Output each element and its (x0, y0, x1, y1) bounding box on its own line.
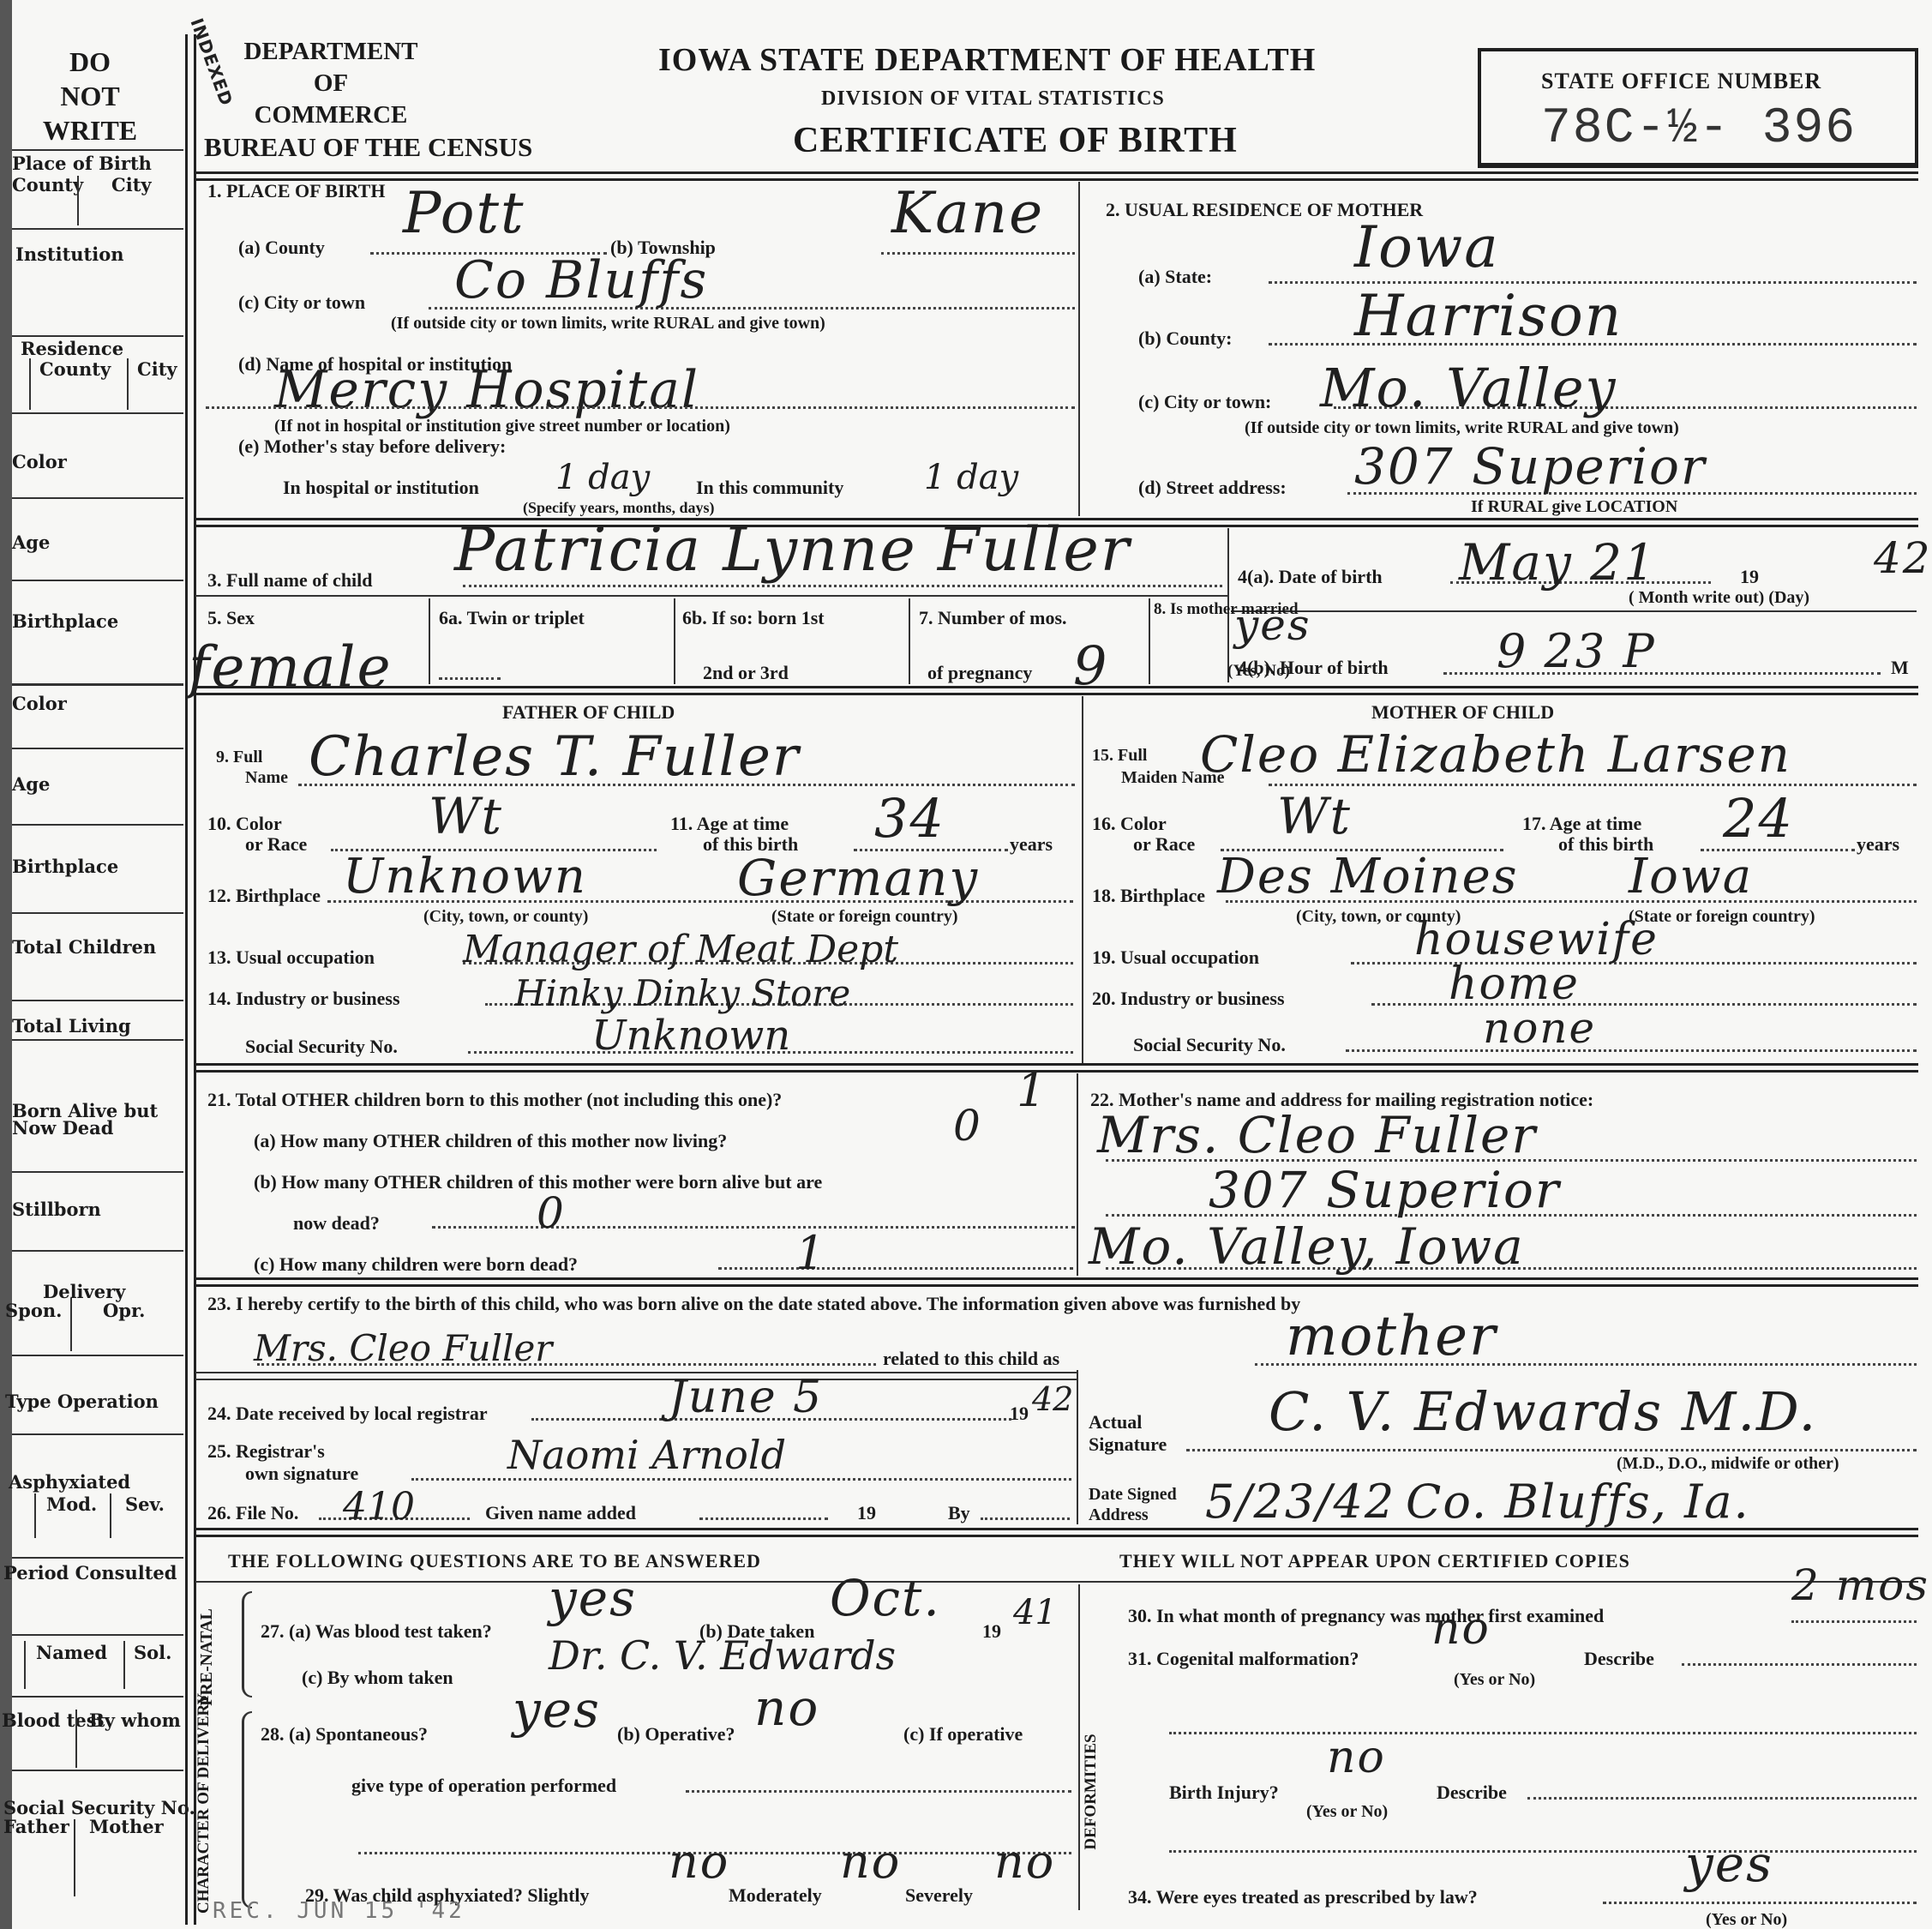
stillborn-label: (c) How many children were born dead? (254, 1253, 578, 1276)
county-label: (a) County (238, 237, 325, 259)
sidebar-total-children: Total Children (12, 936, 156, 958)
date-taken-year-prefix: 19 (982, 1620, 1001, 1643)
sidebar-period-consulted: Period Consulted (3, 1562, 177, 1583)
spontaneous-label: 28. (a) Spontaneous? (261, 1723, 428, 1746)
sidebar-type-operation: Type Operation (5, 1391, 159, 1412)
dob-field[interactable]: May 21 (1459, 533, 1657, 592)
children-living-label: (a) How many OTHER children of this moth… (254, 1130, 727, 1152)
months-label: 7. Number of mos. (919, 607, 1067, 629)
father-race-label-2: or Race (245, 833, 307, 856)
sex-label: 5. Sex (207, 607, 255, 629)
sidebar-birthplace-1: Birthplace (12, 610, 118, 632)
sidebar-sev: Sev. (125, 1493, 165, 1515)
date-taken-field[interactable]: Oct. (830, 1569, 941, 1627)
delivery-side-label: CHARACTER OF DELIVERY (195, 1699, 213, 1914)
hour-suffix: M (1891, 657, 1909, 679)
hour-field[interactable]: 9 23 P (1497, 624, 1656, 678)
father-birthplace-city[interactable]: Unknown (343, 849, 587, 904)
malformation-yes-no: (Yes or No) (1454, 1670, 1535, 1690)
by-whom-field[interactable]: Dr. C. V. Edwards (549, 1632, 896, 1679)
do-not-write-sidebar: DO NOT WRITE (0, 0, 190, 1929)
married-note: (Yes, No) (1227, 662, 1290, 681)
if-operative-label: (c) If operative (903, 1723, 1023, 1746)
sidebar-asphyxiated: Asphyxiated (9, 1471, 130, 1493)
date-taken-year-field[interactable]: 41 (1013, 1593, 1057, 1632)
mother-age-label-1: 17. Age at time (1522, 813, 1641, 835)
stillborn-field[interactable]: 1 (795, 1226, 826, 1280)
county-field[interactable]: Pott (403, 180, 525, 246)
mother-name-label-1: 15. Full (1092, 746, 1147, 766)
date-signed-label: Date Signed (1089, 1485, 1177, 1505)
sidebar-residence: Residence (21, 338, 123, 359)
hospital-field[interactable]: Mercy Hospital (274, 360, 699, 420)
mother-birthplace-state[interactable]: Iowa (1629, 849, 1753, 904)
mothers-stay-label: (e) Mother's stay before delivery: (238, 436, 506, 458)
malformation-field[interactable]: no (1431, 1603, 1491, 1655)
eyes-treated-label: 34. Were eyes treated as prescribed by l… (1128, 1886, 1478, 1908)
father-ssn-label: Social Security No. (245, 1036, 398, 1058)
received-date-label: 24. Date received by local registrar (207, 1403, 488, 1425)
given-name-label: Given name added (485, 1502, 636, 1524)
sidebar-res-county: County (39, 358, 111, 380)
father-occupation-label: 13. Usual occupation (207, 946, 375, 969)
mother-occupation-field[interactable]: housewife (1414, 914, 1659, 965)
sidebar-age-2: Age (12, 773, 50, 795)
sidebar-stillborn: Stillborn (12, 1199, 101, 1220)
received-year-field[interactable]: 42 (1032, 1380, 1073, 1418)
spontaneous-field[interactable]: yes (513, 1680, 601, 1739)
city-field[interactable]: Co Bluffs (454, 250, 708, 310)
sidebar-county: County (12, 174, 83, 195)
sidebar-born-alive-now-dead: Born Alive but Now Dead (12, 1103, 183, 1137)
first-exam-label: 30. In what month of pregnancy was mothe… (1128, 1605, 1604, 1627)
do-not-write-title: DO NOT WRITE (17, 45, 163, 147)
signature-label-2: Signature (1089, 1433, 1167, 1456)
father-name-label-2: Name (245, 768, 288, 788)
sidebar-by-whom: By whom (89, 1710, 181, 1731)
sidebar-color-2: Color (12, 693, 67, 714)
father-age-label-1: 11. Age at time (670, 813, 789, 835)
res-county-field[interactable]: Harrison (1354, 283, 1623, 349)
res-county-label: (b) County: (1138, 328, 1232, 350)
dob-year-field[interactable]: 42 (1874, 533, 1932, 583)
received-year-prefix: 19 (1010, 1403, 1029, 1425)
stay-hospital-label: In hospital or institution (283, 477, 479, 499)
address-label: Address (1089, 1505, 1149, 1525)
given-name-year: 19 (857, 1502, 876, 1524)
father-name-label-1: 9. Full (216, 748, 262, 767)
sidebar-age-1: Age (12, 532, 50, 553)
sidebar-spon: Spon. (5, 1300, 62, 1321)
dob-label: 4(a). Date of birth (1238, 566, 1383, 588)
by-whom-label: (c) By whom taken (302, 1667, 453, 1689)
sidebar-color-1: Color (12, 451, 67, 472)
birth-injury-describe-label: Describe (1437, 1782, 1507, 1804)
blood-test-field[interactable]: yes (549, 1569, 637, 1627)
date-signed-field[interactable]: 5/23/42 (1205, 1475, 1395, 1529)
mother-industry-field[interactable]: home (1449, 958, 1580, 1010)
mailing-line-2[interactable]: 307 Superior (1209, 1161, 1561, 1219)
res-city-note: (If outside city or town limits, write R… (1245, 418, 1679, 438)
informant-field[interactable]: Mrs. Cleo Fuller (254, 1327, 552, 1369)
father-age-field[interactable]: 34 (874, 787, 945, 850)
signature-note: (M.D., D.O., midwife or other) (1617, 1454, 1839, 1474)
father-age-suffix: years (1010, 833, 1053, 856)
birth-injury-field[interactable]: no (1327, 1732, 1386, 1783)
father-heading: FATHER OF CHILD (502, 701, 675, 724)
deformities-side-label: DEFORMITIES (1082, 1715, 1101, 1869)
father-occupation-field[interactable]: Manager of Meat Dept (463, 928, 898, 971)
sidebar-institution: Institution (15, 243, 124, 265)
birth-injury-yes-no: (Yes or No) (1306, 1802, 1388, 1822)
city-note: (If outside city or town limits, write R… (391, 314, 825, 334)
mother-race-label-2: or Race (1133, 833, 1195, 856)
mother-age-suffix: years (1857, 833, 1899, 856)
dob-year-prefix: 19 (1740, 566, 1759, 588)
received-stamp: REC. JUN 15 '42 (213, 1898, 465, 1924)
child-name-label: 3. Full name of child (207, 569, 373, 592)
children-dead-label-2: now dead? (293, 1212, 380, 1235)
blood-test-label: 27. (a) Was blood test taken? (261, 1620, 492, 1643)
birth-order-label: 6b. If so: born 1st (682, 607, 825, 629)
malformation-label: 31. Cogenital malformation? (1128, 1648, 1359, 1670)
registrar-label-2: own signature (245, 1463, 358, 1485)
state-office-number-box: STATE OFFICE NUMBER 78C-½- 396 (1478, 48, 1918, 168)
sidebar-mother: Mother (89, 1816, 164, 1837)
twin-label: 6a. Twin or triplet (439, 607, 585, 629)
dept-of-commerce: DEPARTMENT OF COMMERCE (202, 36, 459, 131)
address-field[interactable]: Co. Bluffs, Ia. (1406, 1475, 1750, 1529)
asphyxiated-moderately-field[interactable]: no (840, 1835, 901, 1889)
father-ssn-field[interactable]: Unknown (591, 1012, 790, 1060)
asphyxiated-slightly-field[interactable]: no (669, 1835, 729, 1889)
file-number-label: 26. File No. (207, 1502, 298, 1524)
sidebar-opr: Opr. (103, 1300, 145, 1321)
bureau-of-census: BUREAU OF THE CENSUS (204, 132, 532, 163)
mother-name-field[interactable]: Cleo Elizabeth Larsen (1200, 725, 1791, 784)
sidebar-total-living: Total Living (12, 1015, 131, 1037)
father-race-field[interactable]: Wt (429, 787, 503, 845)
state-office-number-label: STATE OFFICE NUMBER (1541, 69, 1821, 94)
mother-heading: MOTHER OF CHILD (1371, 701, 1554, 724)
confidential-banner-right: THEY WILL NOT APPEAR UPON CERTIFIED COPI… (1119, 1550, 1630, 1572)
res-city-label: (c) City or town: (1138, 391, 1271, 413)
child-name-field[interactable]: Patricia Lynne Fuller (454, 514, 1131, 585)
mother-race-field[interactable]: Wt (1277, 787, 1352, 845)
mother-race-label-1: 16. Color (1092, 813, 1167, 835)
res-state-label: (a) State: (1138, 266, 1212, 288)
birth-order-label-2: 2nd or 3rd (703, 662, 789, 684)
mother-ssn-label: Social Security No. (1133, 1034, 1286, 1056)
father-industry-label: 14. Industry or business (207, 988, 400, 1010)
moderately-label: Moderately (729, 1884, 822, 1907)
agency-title: IOWA STATE DEPARTMENT OF HEALTH (658, 41, 1316, 79)
mother-age-field[interactable]: 24 (1723, 787, 1794, 850)
hospital-note: (If not in hospital or institution give … (274, 417, 730, 436)
father-birthplace-note-city: (City, town, or county) (423, 907, 588, 927)
received-date-field[interactable]: June 5 (669, 1372, 823, 1423)
eyes-treated-field[interactable]: yes (1685, 1835, 1773, 1893)
signature-label-1: Actual (1089, 1411, 1142, 1433)
confidential-banner-left: THE FOLLOWING QUESTIONS ARE TO BE ANSWER… (228, 1550, 761, 1572)
sidebar-city: City (111, 174, 152, 195)
operative-field[interactable]: no (754, 1679, 819, 1737)
sidebar-father: Father (3, 1816, 69, 1837)
father-name-field[interactable]: Charles T. Fuller (309, 725, 800, 789)
father-birthplace-note-state: (State or foreign country) (771, 907, 958, 927)
malformation-describe-label: Describe (1584, 1648, 1654, 1670)
operation-type-label: give type of operation performed (351, 1775, 616, 1797)
relation-field[interactable]: mother (1286, 1305, 1497, 1368)
first-exam-field[interactable]: 2 mos (1791, 1560, 1929, 1610)
father-birthplace-label: 12. Birthplace (207, 885, 321, 907)
registrar-signature-field[interactable]: Naomi Arnold (507, 1432, 786, 1478)
sidebar-named: Named (36, 1642, 107, 1663)
mother-occupation-label: 19. Usual occupation (1092, 946, 1259, 969)
children-living-field[interactable]: 0 (953, 1101, 982, 1151)
asphyxiated-severely-field[interactable]: no (994, 1835, 1055, 1889)
mailing-line-3[interactable]: Mo. Valley, Iowa (1089, 1217, 1525, 1276)
stay-community-label: In this community (696, 477, 843, 499)
operative-label: (b) Operative? (617, 1723, 735, 1746)
file-number-field[interactable]: 410 (343, 1485, 415, 1529)
father-industry-field[interactable]: Hinky Dinky Store (514, 972, 850, 1014)
sidebar-sol: Sol. (134, 1642, 171, 1663)
severely-label: Severely (905, 1884, 973, 1907)
total-children-label: 21. Total OTHER children born to this mo… (207, 1089, 782, 1111)
physician-signature-field[interactable]: C. V. Edwards M.D. (1269, 1380, 1817, 1443)
eyes-yes-no: (Yes or No) (1706, 1910, 1787, 1929)
state-office-number-value: 78C-½- 396 (1541, 101, 1857, 157)
sidebar-mod: Mod. (46, 1493, 97, 1515)
city-label: (c) City or town (238, 291, 365, 314)
father-race-label-1: 10. Color (207, 813, 282, 835)
certificate-title: CERTIFICATE OF BIRTH (793, 120, 1238, 161)
place-of-birth-heading: 1. PLACE OF BIRTH (207, 180, 385, 202)
total-children-field[interactable]: 1 (1017, 1063, 1047, 1117)
division-title: DIVISION OF VITAL STATISTICS (821, 87, 1165, 111)
mother-birthplace-label: 18. Birthplace (1092, 885, 1205, 907)
res-state-field[interactable]: Iowa (1354, 214, 1500, 280)
mother-birthplace-city[interactable]: Des Moines (1217, 849, 1519, 904)
children-dead-field[interactable]: 0 (537, 1188, 566, 1238)
sex-field[interactable]: female (189, 634, 393, 700)
township-field[interactable]: Kane (891, 180, 1044, 246)
mother-ssn-field[interactable]: none (1483, 1003, 1596, 1053)
res-street-note: If RURAL give LOCATION (1471, 497, 1677, 517)
res-street-field[interactable]: 307 Superior (1354, 437, 1707, 496)
dob-note: ( Month write out) (Day) (1629, 588, 1809, 608)
stay-hospital-field[interactable]: 1 day (555, 458, 650, 497)
sidebar-birthplace-2: Birthplace (12, 856, 118, 877)
birth-injury-label: Birth Injury? (1169, 1782, 1279, 1804)
father-birthplace-state[interactable]: Germany (737, 849, 979, 907)
res-city-field[interactable]: Mo. Valley (1320, 357, 1617, 419)
given-name-by: By (948, 1502, 970, 1524)
mother-industry-label: 20. Industry or business (1092, 988, 1285, 1010)
res-street-label: (d) Street address: (1138, 477, 1287, 499)
sidebar-place-of-birth: Place of Birth (12, 153, 152, 174)
registrar-label-1: 25. Registrar's (207, 1440, 325, 1463)
married-field[interactable]: yes (1234, 600, 1311, 650)
certification-statement: 23. I hereby certify to the birth of thi… (207, 1293, 1300, 1315)
stay-community-field[interactable]: 1 day (924, 458, 1018, 497)
months-label-2: of pregnancy (927, 662, 1032, 684)
sidebar-res-city: City (137, 358, 177, 380)
mailing-line-1[interactable]: Mrs. Cleo Fuller (1097, 1106, 1537, 1164)
relation-label: related to this child as (883, 1348, 1059, 1370)
